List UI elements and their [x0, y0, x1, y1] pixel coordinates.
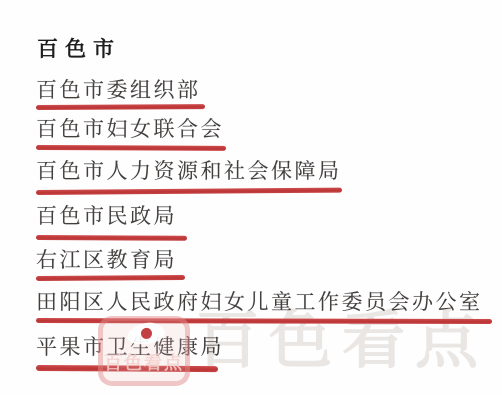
org-list-item-5: 右江区教育局: [36, 249, 177, 272]
scanned-document-page: 百色市 百色市委组织部 百色市妇女联合会 百色市人力资源和社会保障局 百色市民政…: [0, 0, 502, 395]
red-underline-3: [36, 188, 342, 195]
org-list-item-4: 百色市民政局: [36, 205, 177, 228]
org-list-item-2: 百色市妇女联合会: [36, 118, 224, 141]
red-underline-7: [36, 365, 218, 372]
red-underline-5: [36, 275, 185, 281]
red-underline-4: [36, 235, 187, 241]
city-heading: 百色市: [37, 33, 121, 63]
org-list-item-6: 田阳区人民政府妇女儿童工作委员会办公室: [36, 291, 483, 314]
org-list-item-3: 百色市人力资源和社会保障局: [36, 160, 342, 183]
red-underline-2: [36, 145, 226, 151]
red-underline-1: [36, 104, 205, 110]
org-list-item-1: 百色市委组织部: [36, 79, 201, 102]
red-underline-6: [36, 318, 492, 324]
org-list-item-7: 平果市卫生健康局: [36, 336, 224, 359]
